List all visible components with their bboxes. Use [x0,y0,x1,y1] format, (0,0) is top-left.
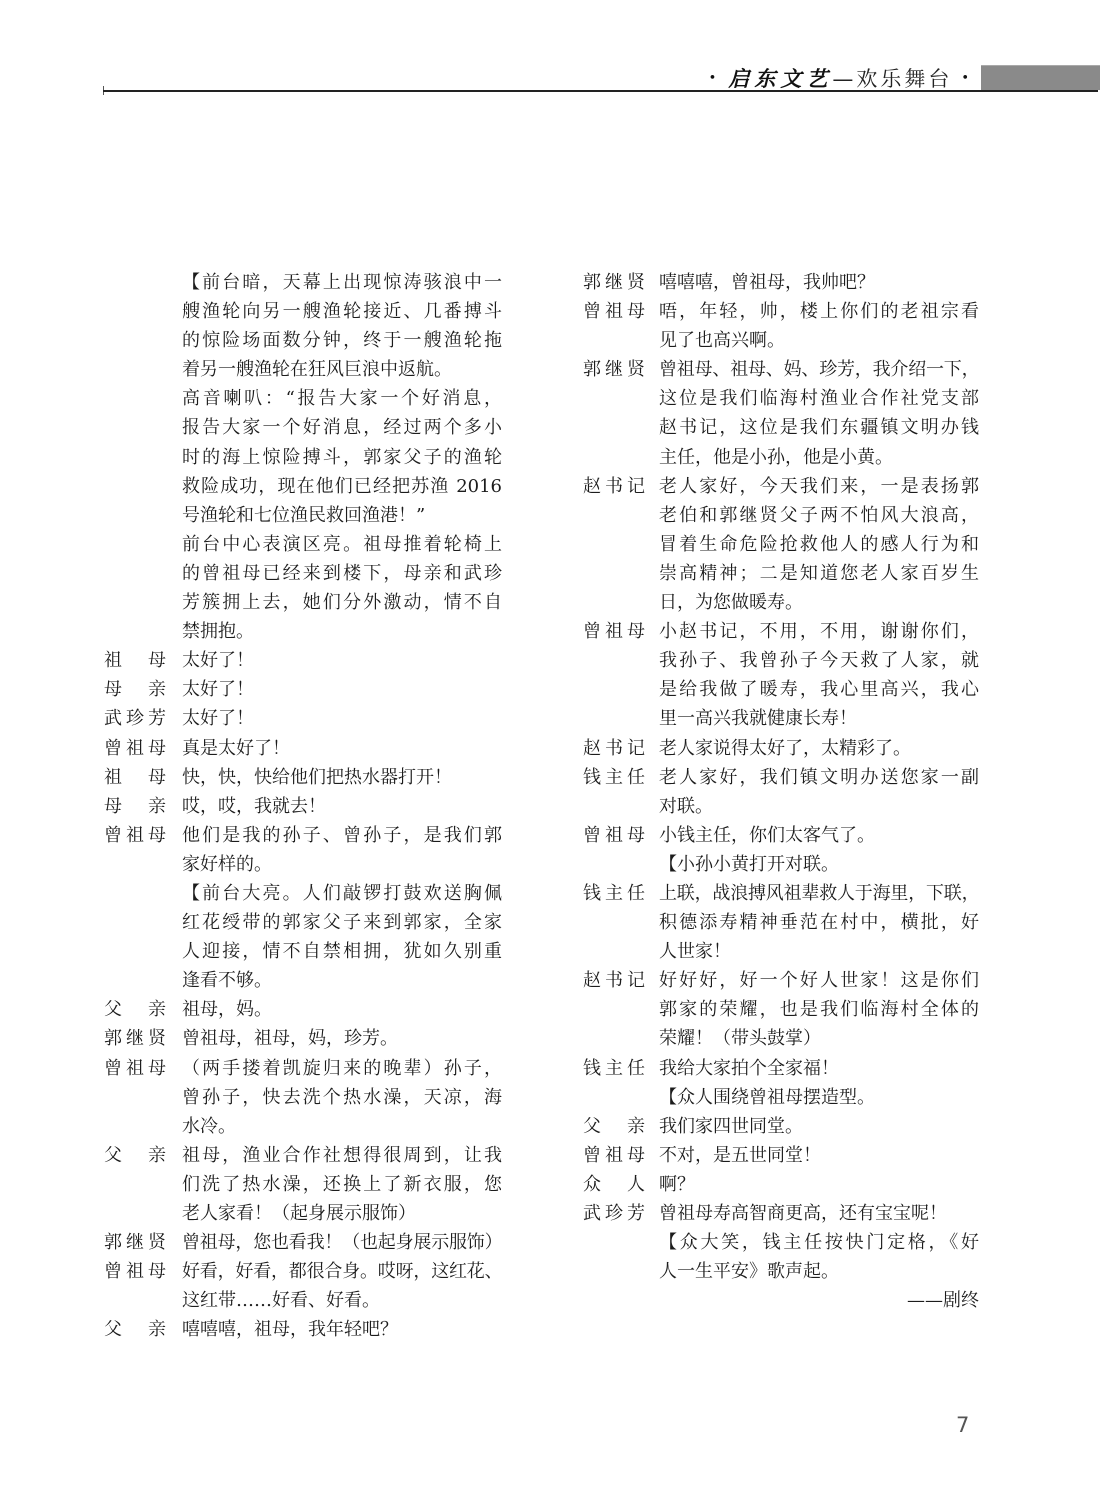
speaker-label: 钱主任 [583,879,645,908]
stage-line: 芳簇拥上去，她们分外激动，情不自 [182,588,502,617]
header-bullet-left: • [709,71,717,86]
dialogue-entry: 郭继贤 曾祖母，祖母，妈，珍芳。 [104,1024,502,1053]
dialogue-line: 家好样的。 [182,850,502,879]
dialogue-line: 唔，年轻，帅，楼上你们的老祖宗看 [659,297,979,326]
speaker-label: 武珍芳 [583,1199,645,1228]
dialogue-entry: 武珍芳 曾祖母寿高智商更高，还有宝宝呢！ [583,1199,979,1228]
dialogue-entry: 郭继贤 曾祖母，您也看我！（也起身展示服饰） [104,1228,502,1257]
dialogue-line: 曾祖母，您也看我！（也起身展示服饰） [182,1228,502,1257]
page-number: 7 [956,1413,969,1437]
dialogue-line: 小钱主任，你们太客气了。 [659,821,979,850]
stage-line: 禁拥抱。 [182,617,502,646]
dialogue-line: 里一高兴我就健康长寿！ [659,704,979,733]
stage-line: 逢看不够。 [182,966,502,995]
dialogue-line: 崇高精神；二是知道您老人家百岁生 [659,559,979,588]
ending-mark: ——剧终 [583,1286,979,1315]
stage-line: 艘渔轮向另一艘渔轮接近、几番搏斗 [182,297,502,326]
stage-line: 报告大家一个好消息，经过两个多小 [182,413,502,442]
stage-line: 号渔轮和七位渔民救回渔港！” [182,501,502,530]
speaker-label: 母亲 [104,792,166,821]
dialogue-line: 好看，好看，都很合身。哎呀，这红花、 [182,1257,502,1286]
dialogue-line: 曾祖母，祖母，妈，珍芳。 [182,1024,502,1053]
dialogue-line: 老人家好，今天我们来，一是表扬郭 [659,472,979,501]
dialogue-line: 嘻嘻嘻，祖母，我年轻吧？ [182,1315,502,1344]
dialogue-line: 太好了！ [182,704,502,733]
stage-line: 人一生平安》歌声起。 [659,1257,979,1286]
dialogue-line: 太好了！ [182,675,502,704]
dialogue-line: 是给我做了暖寿，我心里高兴，我心 [659,675,979,704]
speaker-label: 曾祖母 [583,297,645,326]
dialogue-entry: 父亲 祖母，妈。 [104,995,502,1024]
speaker-label: 母亲 [104,675,166,704]
dialogue-line: 主任，他是小孙，他是小黄。 [659,443,979,472]
stage-line: 前台中心表演区亮。祖母推着轮椅上 [182,530,502,559]
stage-direction: 【前台暗，天幕上出现惊涛骇浪中一 艘渔轮向另一艘渔轮接近、几番搏斗 的惊险场面数… [104,268,502,646]
dialogue-entry: 曾祖母 唔，年轻，帅，楼上你们的老祖宗看 见了也高兴啊。 [583,297,979,355]
speaker-label: 赵书记 [583,472,645,501]
header-gray-bar [981,65,1100,90]
speaker-label: 赵书记 [583,966,645,995]
dialogue-entry: 赵书记 好好好，好一个好人世家！这是你们 郭家的荣耀，也是我们临海村全体的 荣耀… [583,966,979,1053]
dialogue-entry: 曾祖母 好看，好看，都很合身。哎呀，这红花、 这红带……好看、好看。 [104,1257,502,1315]
dialogue-line: 哎，哎，我就去！ [182,792,502,821]
dialogue-entry: 郭继贤 曾祖母、祖母、妈、珍芳，我介绍一下， 这位是我们临海村渔业合作社党支部 … [583,355,979,471]
speaker-label: 武珍芳 [104,704,166,733]
dialogue-entry: 曾祖母 不对，是五世同堂！ [583,1141,979,1170]
dialogue-entry: 曾祖母 小赵书记，不用，不用，谢谢你们， 我孙子、我曾孙子今天救了人家，就 是给… [583,617,979,733]
dialogue-line: 郭家的荣耀，也是我们临海村全体的 [659,995,979,1024]
section-name: —欢乐舞台 [832,63,952,93]
dialogue-entry: 武珍芳 太好了！ [104,704,502,733]
speaker-label: 曾祖母 [104,821,166,850]
dialogue-line: 老人家看！（起身展示服饰） [182,1199,502,1228]
dialogue-entry: 钱主任 上联，战浪搏风祖辈救人于海里，下联， 积德添寿精神垂范在村中，横批，好 … [583,879,979,966]
stage-direction: 【众大笑，钱主任按快门定格，《好 人一生平安》歌声起。 [583,1228,979,1286]
header-bullet-right: • [961,71,969,86]
dialogue-line: 老人家说得太好了，太精彩了。 [659,734,979,763]
speaker-label: 祖母 [104,763,166,792]
dialogue-entry: 母亲 哎，哎，我就去！ [104,792,502,821]
stage-line: 高音喇叭：“报告大家一个好消息， [182,384,502,413]
speaker-label: 众人 [583,1170,645,1199]
dialogue-line: 人世家！ [659,937,979,966]
dialogue-line: 祖母，渔业合作社想得很周到，让我 [182,1141,502,1170]
dialogue-line: 水冷。 [182,1112,502,1141]
dialogue-entry: 曾祖母 真是太好了！ [104,734,502,763]
stage-line: 着另一艘渔轮在狂风巨浪中返航。 [182,355,502,384]
speaker-label: 曾祖母 [104,1257,166,1286]
dialogue-line: 啊？ [659,1170,979,1199]
stage-line: 人迎接，情不自禁相拥，犹如久别重 [182,937,502,966]
dialogue-line: 对联。 [659,792,979,821]
stage-direction: 【众人围绕曾祖母摆造型。 [583,1083,979,1112]
dialogue-line: 好好好，好一个好人世家！这是你们 [659,966,979,995]
dialogue-line: 我孙子、我曾孙子今天救了人家，就 [659,646,979,675]
stage-line: 时的海上惊险搏斗，郭家父子的渔轮 [182,443,502,472]
dialogue-line: 这位是我们临海村渔业合作社党支部 [659,384,979,413]
dialogue-entry: 众人 啊？ [583,1170,979,1199]
running-header: • 启东文艺 —欢乐舞台 • [709,63,969,93]
dialogue-line: 小赵书记，不用，不用，谢谢你们， [659,617,979,646]
speaker-label: 赵书记 [583,734,645,763]
dialogue-line: 我给大家拍个全家福！ [659,1054,979,1083]
dialogue-line: 不对，是五世同堂！ [659,1141,979,1170]
dialogue-entry: 郭继贤 嘻嘻嘻，曾祖母，我帅吧？ [583,268,979,297]
stage-line: 的惊险场面数分钟，终于一艘渔轮拖 [182,326,502,355]
dialogue-line: 我们家四世同堂。 [659,1112,979,1141]
dialogue-line: 日，为您做暖寿。 [659,588,979,617]
dialogue-line: 祖母，妈。 [182,995,502,1024]
dialogue-line: 冒着生命危险抢救他人的感人行为和 [659,530,979,559]
dialogue-entry: 父亲 祖母，渔业合作社想得很周到，让我 们洗了热水澡，还换上了新衣服，您 老人家… [104,1141,502,1228]
dialogue-entry: 曾祖母 他们是我的孙子、曾孙子，是我们郭 家好样的。 [104,821,502,879]
speaker-label: 曾祖母 [583,1141,645,1170]
stage-direction: 【前台大亮。人们敲锣打鼓欢送胸佩 红花绶带的郭家父子来到郭家，全家 人迎接，情不… [104,879,502,995]
stage-line: 救险成功，现在他们已经把苏渔 2016 [182,472,502,501]
speaker-label: 曾祖母 [583,821,645,850]
dialogue-line: 老伯和郭继贤父子两不怕风大浪高， [659,501,979,530]
speaker-label: 郭继贤 [583,355,645,384]
speaker-label: 郭继贤 [104,1024,166,1053]
dialogue-entry: 父亲 我们家四世同堂。 [583,1112,979,1141]
dialogue-line: 上联，战浪搏风祖辈救人于海里，下联， [659,879,979,908]
dialogue-line: 曾祖母寿高智商更高，还有宝宝呢！ [659,1199,979,1228]
dialogue-entry: 祖母 太好了！ [104,646,502,675]
dialogue-line: （两手搂着凯旋归来的晚辈）孙子， [182,1054,502,1083]
speaker-label: 父亲 [104,1141,166,1170]
dialogue-line: 荣耀！（带头鼓掌） [659,1024,979,1053]
speaker-label: 曾祖母 [104,734,166,763]
speaker-label: 曾祖母 [104,1054,166,1083]
stage-line: 的曾祖母已经来到楼下，母亲和武珍 [182,559,502,588]
dialogue-line: 真是太好了！ [182,734,502,763]
speaker-label: 钱主任 [583,763,645,792]
speaker-label: 父亲 [583,1112,645,1141]
dialogue-line: 积德添寿精神垂范在村中，横批，好 [659,908,979,937]
column-left: 【前台暗，天幕上出现惊涛骇浪中一 艘渔轮向另一艘渔轮接近、几番搏斗 的惊险场面数… [104,268,502,1344]
stage-direction: 【小孙小黄打开对联。 [583,850,979,879]
column-right: 郭继贤 嘻嘻嘻，曾祖母，我帅吧？ 曾祖母 唔，年轻，帅，楼上你们的老祖宗看 见了… [583,268,979,1315]
speaker-label: 郭继贤 [583,268,645,297]
stage-line: 【前台暗，天幕上出现惊涛骇浪中一 [182,268,502,297]
dialogue-line: 他们是我的孙子、曾孙子，是我们郭 [182,821,502,850]
dialogue-entry: 曾祖母 （两手搂着凯旋归来的晚辈）孙子， 曾孙子，快去洗个热水澡，天凉，海 水冷… [104,1054,502,1141]
dialogue-entry: 母亲 太好了！ [104,675,502,704]
dialogue-entry: 钱主任 我给大家拍个全家福！ [583,1054,979,1083]
dialogue-entry: 钱主任 老人家好，我们镇文明办送您家一副 对联。 [583,763,979,821]
speaker-label: 郭继贤 [104,1228,166,1257]
magazine-name: 启东文艺 [728,63,832,93]
stage-line: 【众人围绕曾祖母摆造型。 [659,1083,979,1112]
dialogue-entry: 赵书记 老人家好，今天我们来，一是表扬郭 老伯和郭继贤父子两不怕风大浪高， 冒着… [583,472,979,617]
dialogue-line: 这红带……好看、好看。 [182,1286,502,1315]
dialogue-line: 见了也高兴啊。 [659,326,979,355]
speaker-label: 钱主任 [583,1054,645,1083]
speaker-label: 父亲 [104,1315,166,1344]
dialogue-line: 曾孙子，快去洗个热水澡，天凉，海 [182,1083,502,1112]
stage-line: 红花绶带的郭家父子来到郭家，全家 [182,908,502,937]
stage-line: 【众大笑，钱主任按快门定格，《好 [659,1228,979,1257]
dialogue-entry: 祖母 快，快，快给他们把热水器打开！ [104,763,502,792]
dialogue-line: 嘻嘻嘻，曾祖母，我帅吧？ [659,268,979,297]
dialogue-line: 快，快，快给他们把热水器打开！ [182,763,502,792]
speaker-label: 祖母 [104,646,166,675]
dialogue-entry: 父亲 嘻嘻嘻，祖母，我年轻吧？ [104,1315,502,1344]
stage-line: 【前台大亮。人们敲锣打鼓欢送胸佩 [182,879,502,908]
dialogue-line: 们洗了热水澡，还换上了新衣服，您 [182,1170,502,1199]
dialogue-line: 赵书记，这位是我们东疆镇文明办钱 [659,413,979,442]
speaker-label: 曾祖母 [583,617,645,646]
stage-line: 【小孙小黄打开对联。 [659,850,979,879]
dialogue-entry: 赵书记 老人家说得太好了，太精彩了。 [583,734,979,763]
speaker-label: 父亲 [104,995,166,1024]
dialogue-line: 曾祖母、祖母、妈、珍芳，我介绍一下， [659,355,979,384]
dialogue-line: 老人家好，我们镇文明办送您家一副 [659,763,979,792]
dialogue-line: 太好了！ [182,646,502,675]
dialogue-entry: 曾祖母 小钱主任，你们太客气了。 [583,821,979,850]
